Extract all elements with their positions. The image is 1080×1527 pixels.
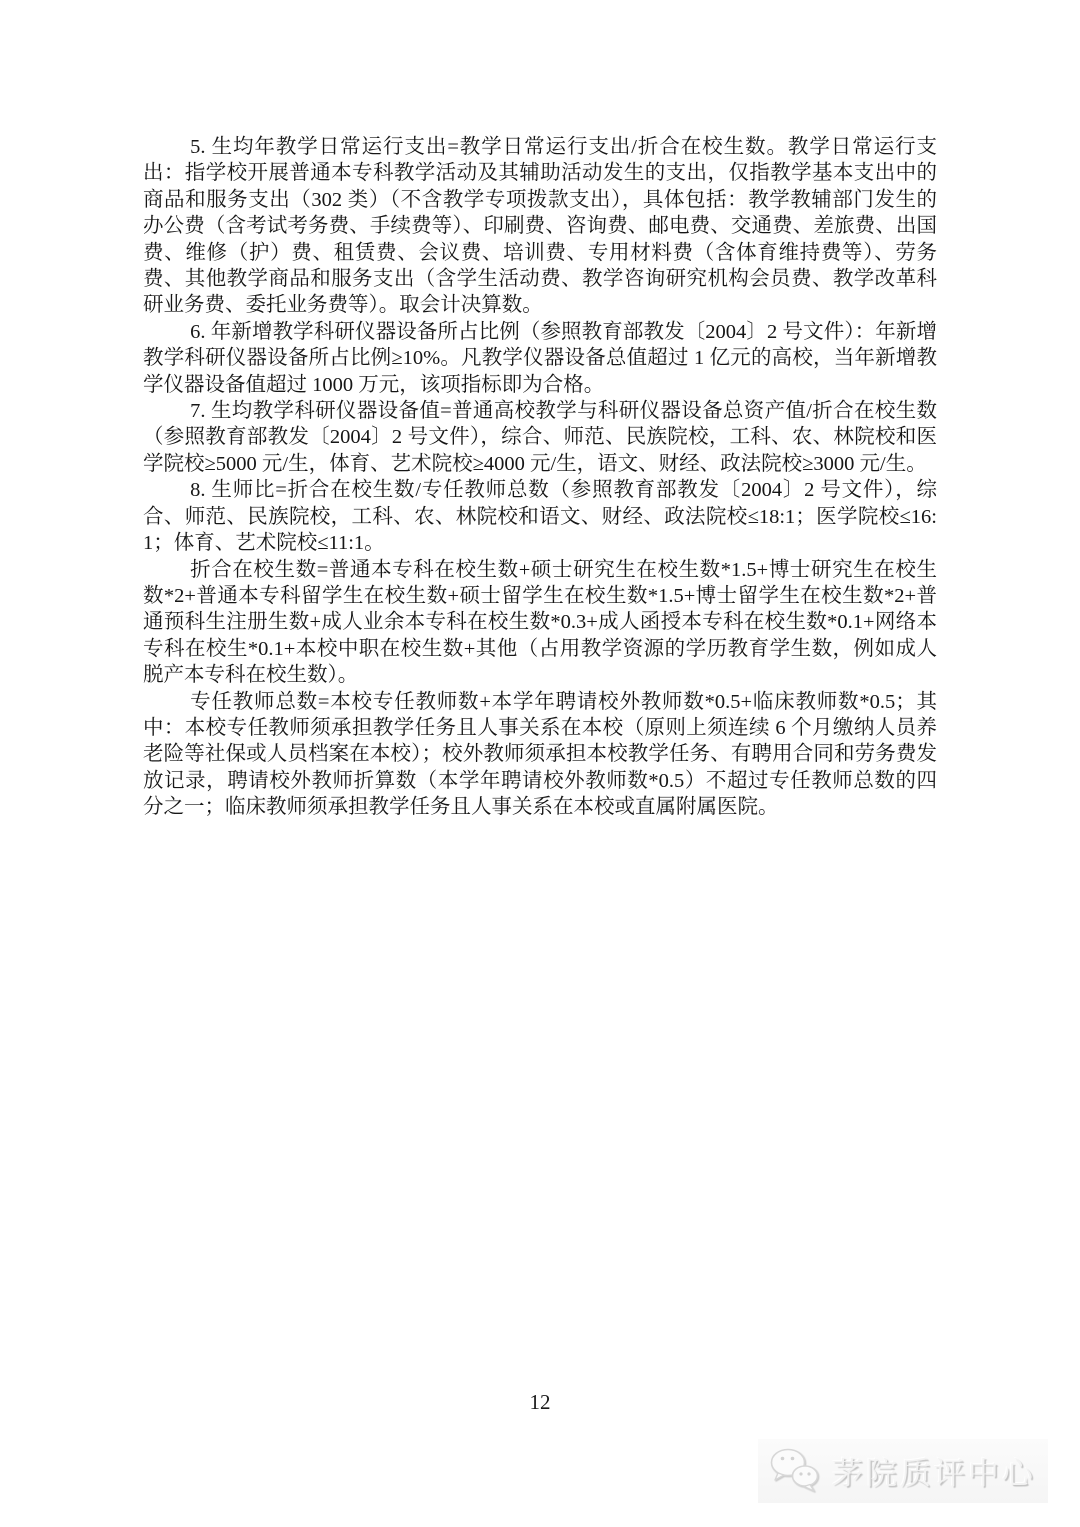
wechat-bubbles-icon: [768, 1447, 822, 1493]
paragraph-7: 7. 生均教学科研仪器设备值=普通高校教学与科研仪器设备总资产值/折合在校生数（…: [143, 398, 937, 477]
paragraph-6: 6. 年新增教学科研仪器设备所占比例（参照教育部教发〔2004〕2 号文件）：年…: [143, 319, 937, 398]
watermark-label: 茅院质评中心: [832, 1448, 1036, 1493]
paragraph-5: 5. 生均年教学日常运行支出=教学日常运行支出/折合在校生数。教学日常运行支出：…: [143, 134, 937, 319]
paragraph-8: 8. 生师比=折合在校生数/专任教师总数（参照教育部教发〔2004〕2 号文件）…: [143, 477, 937, 556]
paragraph-converted-enrollment: 折合在校生数=普通本专科在校生数+硕士研究生在校生数*1.5+博士研究生在校生数…: [143, 557, 937, 689]
watermark: 茅院质评中心: [758, 1439, 1048, 1503]
document-page: 5. 生均年教学日常运行支出=教学日常运行支出/折合在校生数。教学日常运行支出：…: [0, 0, 1080, 1527]
page-number: 12: [0, 1390, 1080, 1415]
document-body: 5. 生均年教学日常运行支出=教学日常运行支出/折合在校生数。教学日常运行支出：…: [143, 134, 937, 821]
paragraph-fulltime-teachers: 专任教师总数=本校专任教师数+本学年聘请校外教师数*0.5+临床教师数*0.5；…: [143, 689, 937, 821]
